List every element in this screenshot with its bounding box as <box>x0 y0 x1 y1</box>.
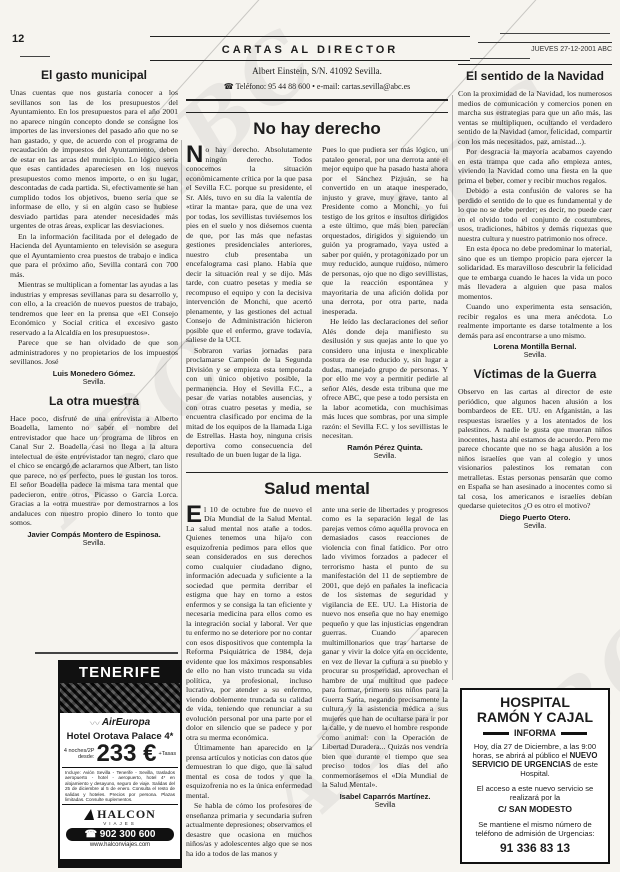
letter-paragraph: Debido a esta confusión de valores se ha… <box>458 186 612 243</box>
letter-paragraph: En esta época no debe predominar lo mate… <box>458 244 612 301</box>
letter-paragraph: Mientras se multiplican a fomentar las a… <box>10 280 178 337</box>
aireuropa-name: AirEuropa <box>102 717 150 728</box>
center-column: No hay derecho No hay derecho. Absolutam… <box>186 112 448 859</box>
letter-signature: Javier Compás Montero de Espinosa. <box>10 530 178 539</box>
aireuropa-logo: 〰 AirEuropa <box>60 715 180 730</box>
notice-paragraph: El acceso a este nuevo servicio se reali… <box>468 784 602 802</box>
street-name: C/ SAN MODESTO <box>468 804 602 814</box>
letter-signature: Luis Monedero Gómez. <box>10 369 178 378</box>
halcon-name: HALCON <box>97 807 156 822</box>
letter-location: Sevilla. <box>458 523 612 530</box>
letter-location: Sevilla <box>322 802 448 809</box>
ad-tax-note: +Tasas <box>159 751 177 757</box>
letter-title-otra: La otra muestra <box>10 394 178 408</box>
newspaper-page: ABC ABC ABC ABC ABC 12 CARTAS AL DIRECTO… <box>0 0 620 872</box>
letters-contact-block: Albert Einstein, S/N. 41092 Sevilla. ☎ T… <box>186 66 448 101</box>
rule <box>470 58 530 59</box>
headline-salud-mental: Salud mental <box>186 479 448 499</box>
ad-price-row: 4 noches/2P desde: 233 € +Tasas <box>60 743 180 765</box>
rule <box>561 732 587 735</box>
ad-website: www.halconviajes.com <box>60 842 180 848</box>
ad-desde-label: desde: <box>64 754 95 760</box>
ad-phone: ☎ 902 300 600 <box>66 828 174 841</box>
letter-paragraph: Se habla de cómo los profesores de enseñ… <box>186 801 312 858</box>
letter-paragraph: He leído las declaraciones del señor Alé… <box>322 317 448 441</box>
letter-paragraph: Sobraron varias jornadas para proclamars… <box>186 346 312 460</box>
page-number: 12 <box>12 33 24 45</box>
informa-banner: INFORMA <box>468 728 602 738</box>
letter-paragraph: En la información facilitada por el dele… <box>10 232 178 280</box>
letter-paragraph: Con la proximidad de la Navidad, los num… <box>458 89 612 146</box>
two-column-text: El 10 de octubre fue de nuevo el Día Mun… <box>186 505 448 860</box>
letter-paragraph: Hace poco, disfruté de una entrevista a … <box>10 414 178 528</box>
letter-signature: Lorena Montilla Bernal. <box>458 342 612 351</box>
column-divider <box>181 140 182 660</box>
tenerife-travel-ad: TENERIFE 〰 AirEuropa Hotel Orotava Palac… <box>58 660 182 868</box>
hospital-name-line1: HOSPITAL <box>468 695 602 710</box>
sail-icon <box>84 809 94 820</box>
column-divider <box>452 95 453 680</box>
hospital-name-line2: RAMÓN Y CAJAL <box>468 710 602 725</box>
letter-paragraph: Parece que se han olvidado de que son ad… <box>10 338 178 367</box>
contact-phone-email: ☎ Teléfono: 95 44 88 600 • e-mail: carta… <box>186 82 448 91</box>
letter-title-gasto: El gasto municipal <box>10 68 178 82</box>
section-masthead: CARTAS AL DIRECTOR <box>150 36 470 61</box>
two-column-text: No hay derecho. Absolutamente ningún der… <box>186 145 448 468</box>
contact-address: Albert Einstein, S/N. 41092 Sevilla. <box>186 66 448 76</box>
rule <box>20 56 50 57</box>
letter-paragraph: El 10 de octubre fue de nuevo el Día Mun… <box>186 505 312 743</box>
letter-paragraph: Últimamente han aparecido en la prensa a… <box>186 743 312 800</box>
halcon-viajes-label: VIAJES <box>60 821 180 826</box>
letter-signature: Isabel Caparrós Martínez. <box>322 792 448 801</box>
letter-location: Sevilla. <box>10 379 178 386</box>
letter-paragraph: Unas cuentas que nos gustaría conocer a … <box>10 88 178 231</box>
left-column: El gasto municipal Unas cuentas que nos … <box>10 68 178 555</box>
letter-signature: Diego Puerto Otero. <box>458 513 612 522</box>
right-column: El sentido de la Navidad Con la proximid… <box>458 64 612 538</box>
drop-cap: E <box>186 505 204 524</box>
rule <box>483 732 509 735</box>
ad-fine-print: Incluye: Avión Sevilla - Tenerife - Sevi… <box>62 767 178 805</box>
letter-paragraph: Por desgracia la mayoría acabamos cayend… <box>458 147 612 185</box>
letter-location: Sevilla. <box>322 453 448 460</box>
notice-paragraph: Se mantiene el mismo número de teléfono … <box>468 820 602 838</box>
letter-title-guerra: Víctimas de la Guerra <box>458 367 612 381</box>
ad-price: 233 € <box>96 743 156 765</box>
rule <box>35 652 178 654</box>
letter-paragraph: ante una serie de libertades y progresos… <box>322 505 448 790</box>
letter-title-navidad: El sentido de la Navidad <box>458 69 612 83</box>
hospital-phone: 91 336 83 13 <box>468 841 602 855</box>
headline-no-hay-derecho: No hay derecho <box>186 119 448 139</box>
letter-location: Sevilla. <box>458 352 612 359</box>
ad-photo <box>60 683 180 713</box>
letter-paragraph: No hay derecho. Absolutamente ningún der… <box>186 145 312 345</box>
letter-location: Sevilla. <box>10 540 178 547</box>
letter-paragraph: Pues lo que pudiera ser más lógico, un p… <box>322 145 448 316</box>
section-title: CARTAS AL DIRECTOR <box>222 44 398 56</box>
halcon-logo: HALCON <box>60 807 180 822</box>
hospital-notice-ad: HOSPITAL RAMÓN Y CAJAL INFORMA Hoy, día … <box>460 688 610 864</box>
notice-paragraph: Hoy, día 27 de Diciembre, a las 9:00 hor… <box>468 742 602 778</box>
aireuropa-swoosh-icon: 〰 <box>90 715 100 730</box>
letter-paragraph: Observo en las cartas al director de est… <box>458 387 612 511</box>
drop-cap: N <box>186 145 205 164</box>
dateline: JUEVES 27-12-2001 ABC <box>478 42 612 53</box>
rule <box>500 33 610 34</box>
ad-bottom-bar <box>60 859 180 866</box>
letter-signature: Ramón Pérez Quinta. <box>322 443 448 452</box>
letter-paragraph: Cuando uno experimenta esta sensación, r… <box>458 302 612 340</box>
ad-title: TENERIFE <box>60 662 180 683</box>
informa-label: INFORMA <box>514 728 556 738</box>
